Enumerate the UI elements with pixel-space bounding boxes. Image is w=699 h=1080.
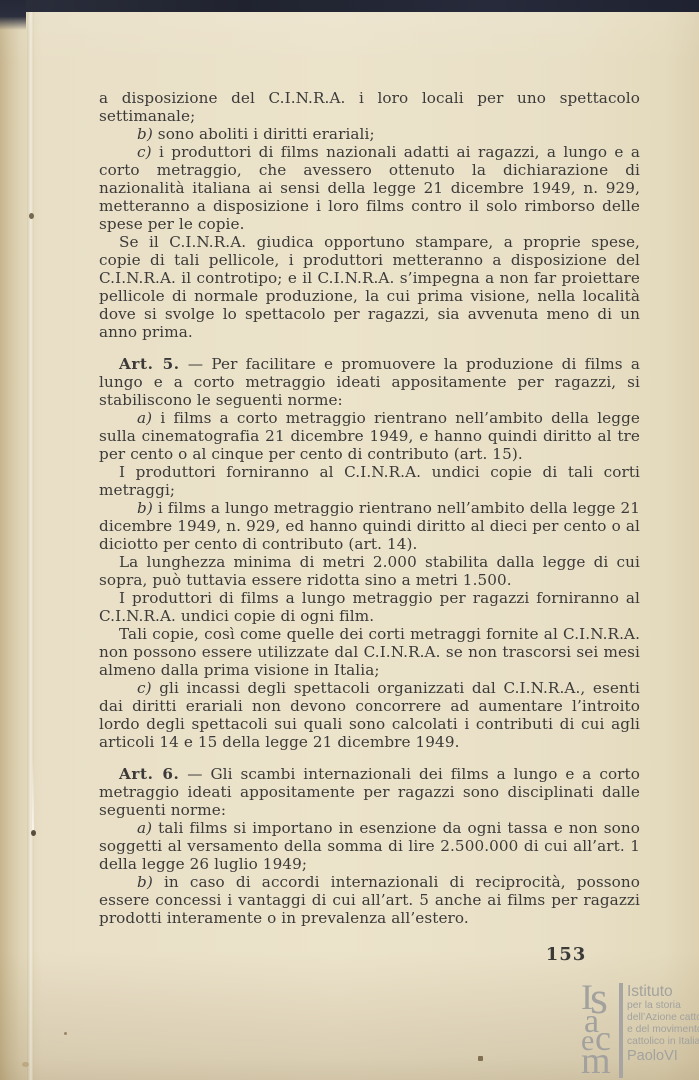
paragraph: b) i films a lungo metraggio rientrano n… — [99, 499, 640, 553]
item-letter: c) — [137, 679, 152, 697]
scan-top-edge — [0, 0, 699, 12]
body-text: a disposizione del C.I.N.R.A. i loro loc… — [99, 89, 640, 927]
paper-speck — [478, 1056, 483, 1061]
paper-speck — [29, 213, 34, 219]
scanned-book-page: a disposizione del C.I.N.R.A. i loro loc… — [0, 0, 699, 1080]
paragraph: b) sono aboliti i diritti erariali; — [99, 125, 640, 143]
page-gutter-crease — [27, 12, 34, 1080]
paragraph: La lunghezza minima di metri 2.000 stabi… — [99, 553, 640, 589]
item-letter: b) — [137, 499, 153, 517]
paper-speck — [64, 1032, 67, 1035]
watermark-text: Istitutoper la storiadell’Azione cattoli… — [627, 982, 699, 1079]
isacem-watermark: Isaecm Istitutoper la storiadell’Azione … — [580, 982, 696, 1079]
paragraph: Se il C.I.N.R.A. giudica opportuno stamp… — [99, 233, 640, 341]
page-number: 153 — [531, 944, 601, 965]
paragraph: c) gli incassi degli spettacoli organizz… — [99, 679, 640, 751]
watermark-line: per la storia — [627, 1000, 699, 1012]
article-paragraph: Art. 6. — Gli scambi internazionali dei … — [99, 765, 640, 819]
article-paragraph: Art. 5. — Per facilitare e promuovere la… — [99, 355, 640, 409]
watermark-line: Istituto — [627, 983, 699, 1000]
paragraph: b) in caso di accordi internazionali di … — [99, 873, 640, 927]
paragraph: a disposizione del C.I.N.R.A. i loro loc… — [99, 89, 640, 125]
watermark-divider-bar — [619, 983, 623, 1078]
paragraph: Tali copie, così come quelle dei corti m… — [99, 625, 640, 679]
paper-scratch — [32, 758, 34, 832]
paper-speck — [22, 1062, 29, 1067]
paragraph: a) i films a corto metraggio rientrano n… — [99, 409, 640, 463]
item-letter: b) — [137, 125, 153, 143]
item-letter: b) — [137, 873, 153, 891]
monogram-letter: m — [581, 1042, 611, 1080]
paragraph: a) tali films si importano in esenzione … — [99, 819, 640, 873]
watermark-line: e del movimento — [627, 1024, 699, 1036]
watermark-line: dell’Azione cattolica — [627, 1012, 699, 1024]
item-letter: a) — [137, 409, 152, 427]
article-number: Art. 5. — [119, 355, 180, 373]
isacem-monogram: Isaecm — [580, 982, 617, 1079]
paragraph: I produttori forniranno al C.I.N.R.A. un… — [99, 463, 640, 499]
paragraph: I produttori di films a lungo metraggio … — [99, 589, 640, 625]
item-letter: a) — [137, 819, 152, 837]
article-number: Art. 6. — [119, 765, 179, 783]
item-letter: c) — [137, 143, 152, 161]
scan-top-left-corner — [0, 0, 26, 30]
paragraph: c) i produttori di films nazionali adatt… — [99, 143, 640, 233]
watermark-line: PaoloVI — [627, 1048, 699, 1064]
watermark-line: cattolico in Italia — [627, 1036, 699, 1048]
paper-speck — [31, 830, 36, 836]
